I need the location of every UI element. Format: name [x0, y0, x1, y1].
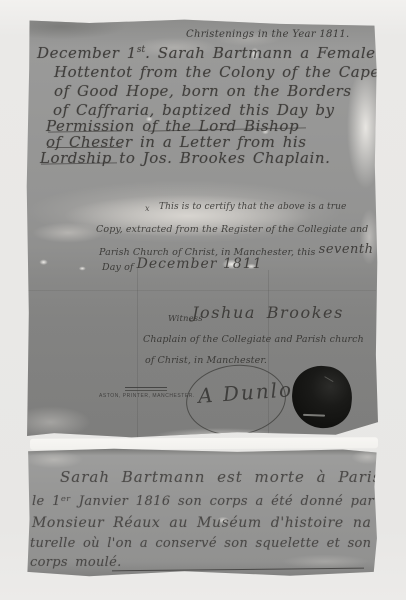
seal-highlight [324, 376, 333, 382]
certificate-paper: Christenings in the Year 1811. December … [26, 18, 378, 439]
death-note-line-5: corps moulé. [30, 555, 122, 570]
certify-line-4: Day of December 1811 [102, 258, 263, 274]
death-note-line-1: Sarah Bartmann est morte à Paris [60, 468, 381, 486]
seventh-handwritten: seventh [319, 242, 374, 257]
printer-rule [125, 387, 167, 391]
fold-crease [268, 270, 269, 454]
december-1811-handwritten: December 1811 [137, 256, 263, 272]
death-note-rule [112, 568, 364, 572]
death-note-line-2: le 1ᵉʳ Janvier 1816 son corps a été donn… [32, 494, 374, 509]
date-superscript: st [137, 45, 145, 55]
death-note-paper: Sarah Bartmann est morte à Paris le 1ᵉʳ … [26, 448, 378, 577]
death-note-line-4: turelle où l'on a conservé son squelette… [30, 536, 371, 551]
entry-line-3: of Good Hope, born on the Borders [54, 82, 352, 100]
fold-crease [137, 268, 138, 456]
paper-gap [30, 437, 378, 450]
certify-line-2: Copy, extracted from the Register of the… [96, 224, 368, 235]
flourish-underline [47, 147, 122, 148]
printer-imprint: ASTON, PRINTER, MANCHESTER. [99, 393, 195, 399]
entry-line-1-rest: . Sarah Bartmann a Female [145, 44, 375, 62]
fold-crease [28, 290, 376, 291]
christenings-header: Christenings in the Year 1811. [186, 29, 350, 40]
certify-line-4-printed: Day of [102, 262, 134, 273]
entry-line-7: Lordship to Jos. Brookes Chaplain. [40, 149, 330, 167]
certify-line-1: This is to certify that the above is a t… [159, 202, 346, 212]
entry-date: December 1 [37, 44, 137, 62]
death-note-line-3: Monsieur Réaux au Muséum d'histoire na [32, 515, 371, 531]
wax-seal [289, 363, 355, 431]
certify-mark: x [145, 204, 150, 213]
chaplain-title-line-1: Chaplain of the Collegiate and Parish ch… [143, 334, 364, 345]
entry-line-2: Hottentot from the Colony of the Cape [54, 63, 380, 81]
seal-highlight [303, 414, 325, 417]
entry-line-1: December 1st. Sarah Bartmann a Female [37, 44, 376, 62]
